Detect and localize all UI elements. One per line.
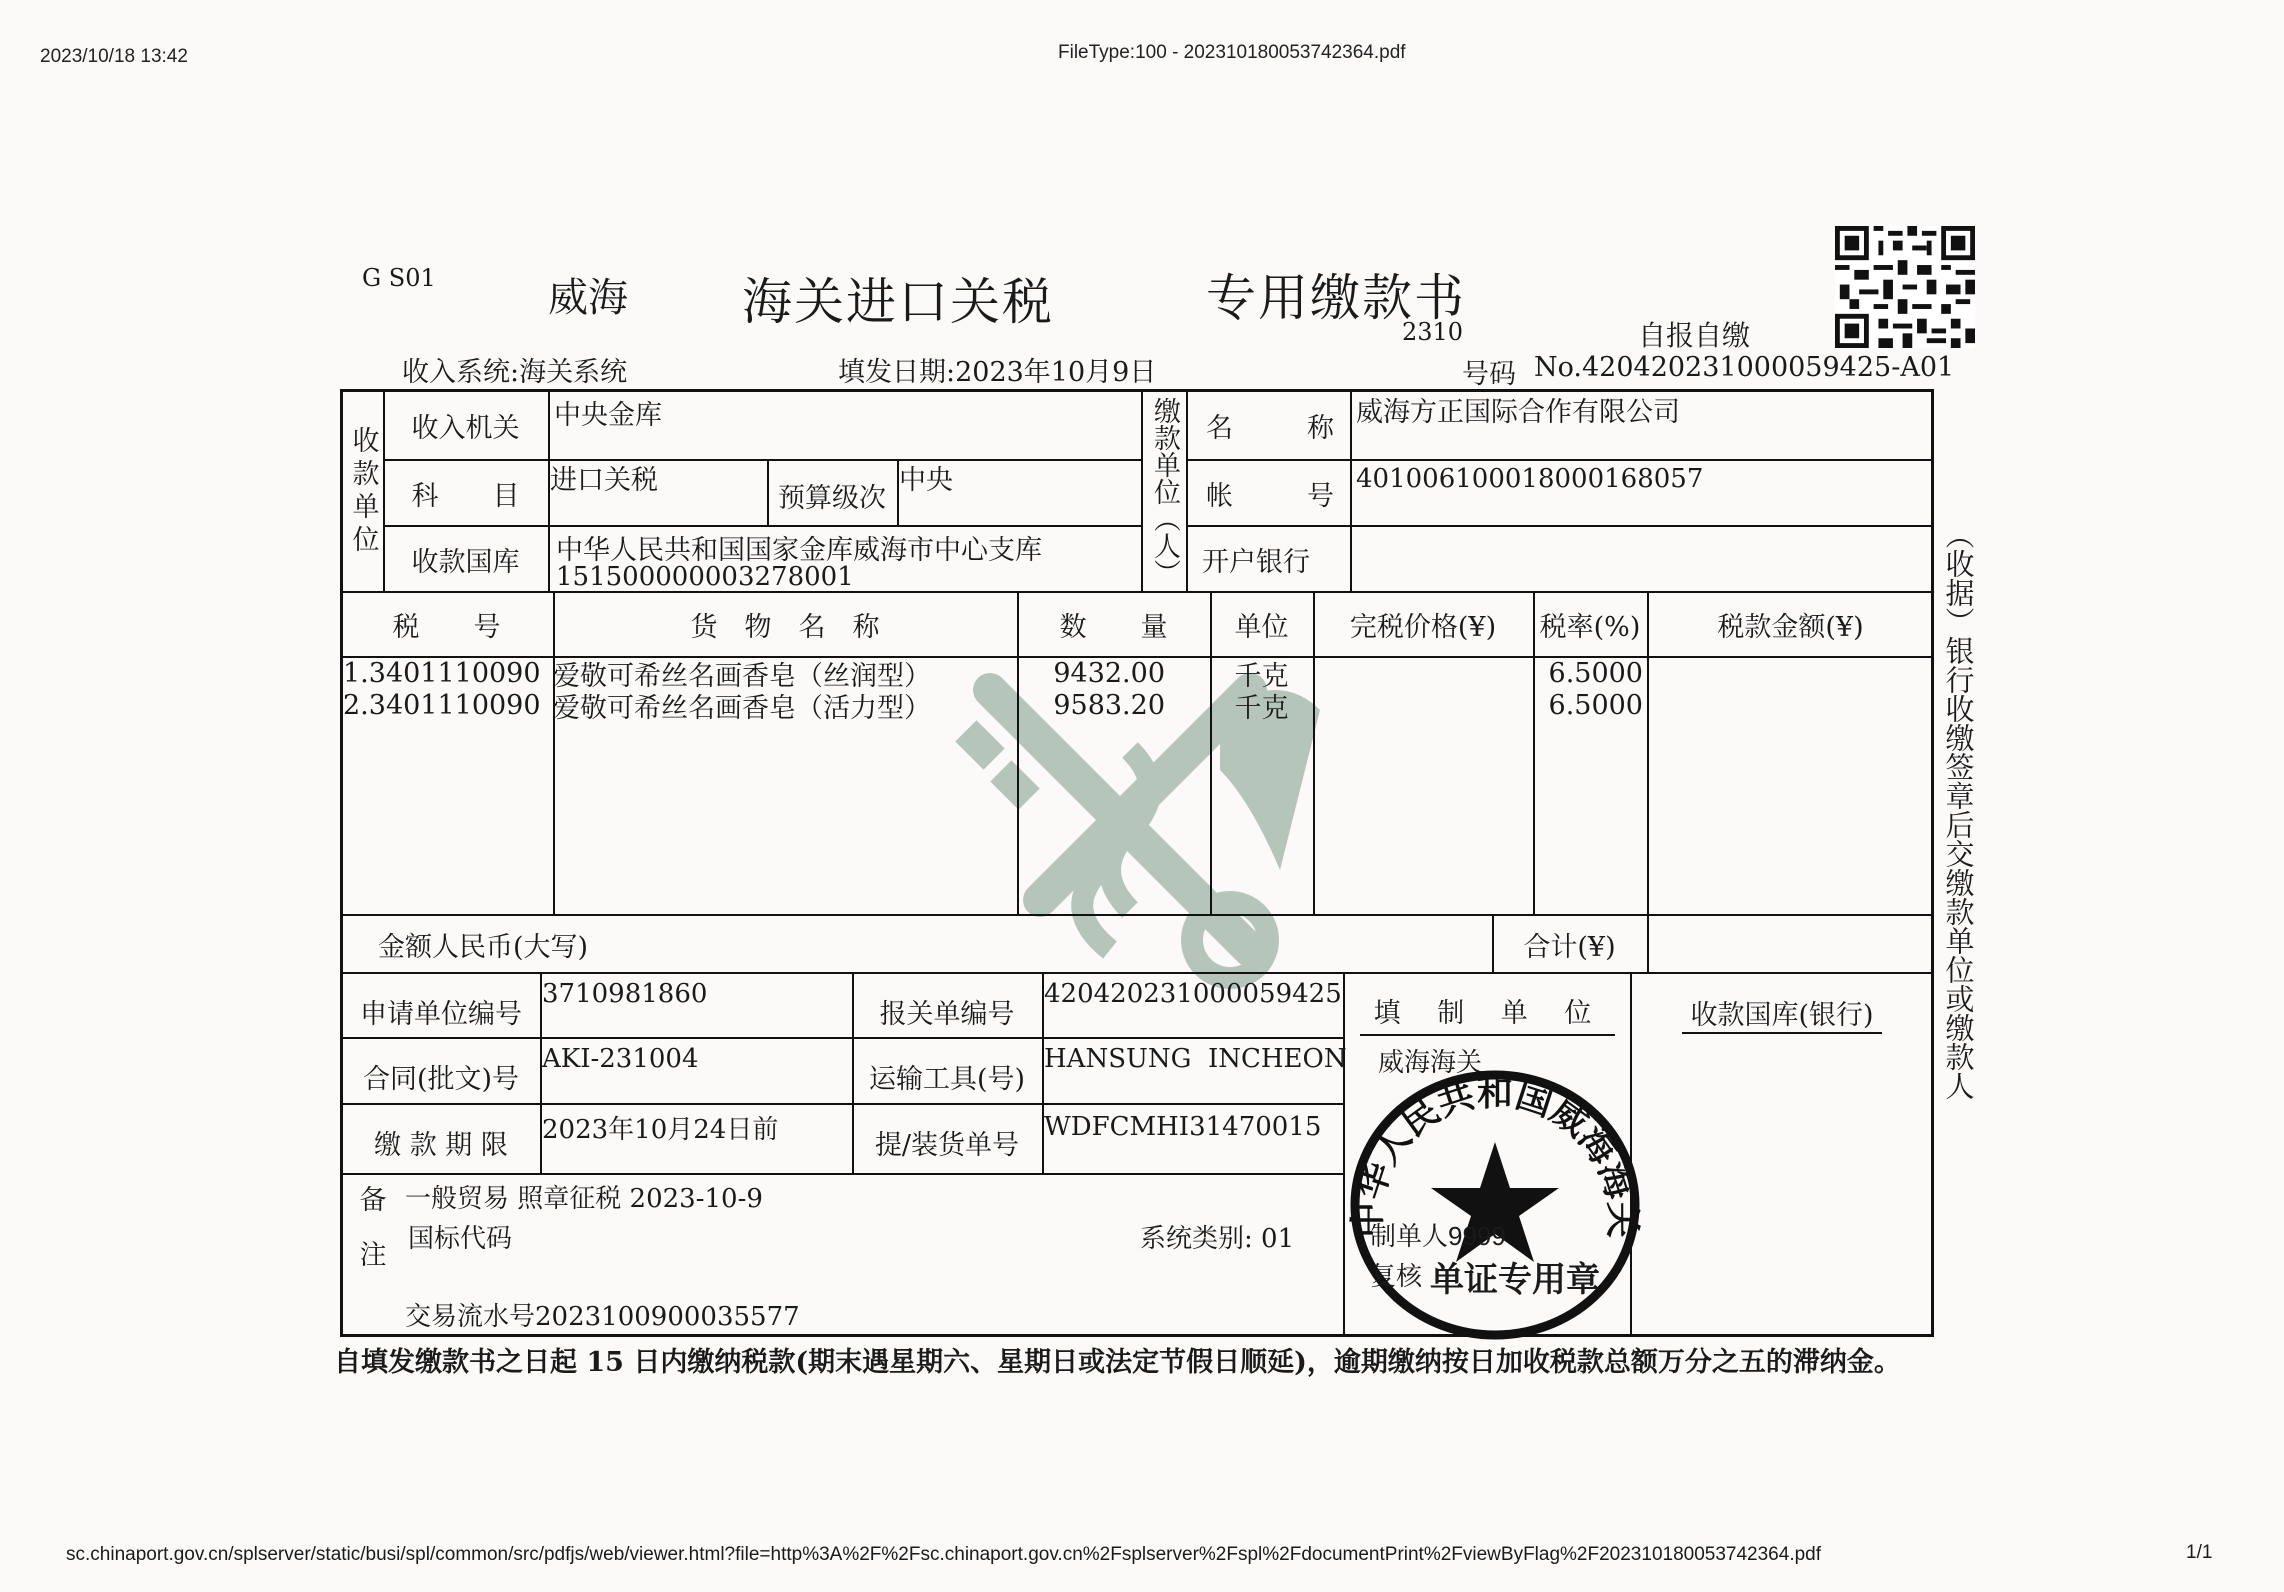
goods-quantity: 9432.00 [1017,656,1165,690]
page-indicator: 1/1 [2186,1542,2212,1564]
number-label: 号码 [1462,352,1516,391]
deadline-label: 缴 款 期 限 [342,1112,540,1173]
remarks-line-3: 交易流水号2023100900035577 [405,1296,1005,1332]
payer-label-right: 号 [1307,474,1334,513]
payee-treasury: 中华人民共和国国家金库威海市中心支库 [556,530,1136,564]
filler-unit-label: 填 制 单 位 [1360,991,1616,1036]
amount-words-label: 金额人民币(大写) [378,916,778,972]
bill-of-lading-label: 提/装货单号 [852,1112,1042,1173]
side-note: （收据）银行收缴签章后交缴款单位或缴款人 [1938,520,1979,1100]
seal-center-text: 单证专用章 [1430,1252,1600,1301]
payer-bank-value [1356,527,1926,591]
goods-header-tax-amount: 税款金额(¥) [1647,593,1934,656]
applicant-code-label: 申请单位编号 [342,985,540,1037]
payer-account: 40100610001800016805​7 [1356,461,1926,497]
form-city: 威海 [548,266,628,323]
print-datetime: 2023/10/18 13:42 [40,46,188,68]
form-title-main: 海关进口关税 [742,262,1054,334]
number-value: No.420420231000059425-A01 [1534,352,1954,383]
budget-level-value: 中央 [899,459,1139,495]
payer-name: 威海方正国际合作有限公司 [1356,392,1926,426]
serial-small: 2310 [1402,318,1463,346]
payee-row-label: 收款国库 [383,527,548,591]
remarks-line-1: 一般贸易 照章征税 2023-10-9 [405,1178,1005,1214]
qr-code-icon [1835,226,1975,348]
goods-name: 爱敬可希丝名画香皂（活力型） [553,688,1017,722]
preparer: 制单人9999 [1370,1216,1506,1253]
goods-header-rate: 税率(%) [1533,593,1647,656]
self-declare-label: 自报自缴 [1638,314,1750,354]
payer-label-left: 名 [1206,406,1233,445]
payer-label-right: 称 [1307,406,1334,445]
goods-dutiable-value [1313,656,1533,690]
goods-tariff-no: 1.3401110090 [343,656,553,690]
contract-no: AKI-231004 [542,1039,850,1079]
payee-row-label: 科 目 [383,461,548,525]
payer-section-label: 缴款单位（人） [1145,397,1184,586]
declaration-no: 420420231000059425 [1044,974,1341,1014]
goods-quantity: 9583.20 [1017,688,1165,722]
payee-income-authority: 中央金库 [554,392,1134,432]
declaration-no-label: 报关单编号 [852,985,1042,1037]
goods-header-quantity: 数 量 [1017,593,1210,656]
payee-section-label: 收款单位 [344,426,383,558]
print-file-label: FileType:100 - 20231018005374236​4.pdf [1058,42,1406,64]
deadline-value: 2023年10月24日前 [542,1105,850,1149]
total-label: 合计(¥) [1492,916,1647,972]
remarks-label: 备注 [351,1185,390,1295]
applicant-code: 3710981860 [542,974,850,1014]
payer-label-left: 帐 [1206,474,1233,513]
transport-value: HANSUNG INCHEON [1044,1039,1341,1079]
budget-level-label: 预算级次 [767,465,897,525]
form-code: G S01 [362,264,436,292]
goods-rate: 6.5000 [1533,688,1643,722]
goods-header-dutiable-value: 完税价格(¥) [1313,593,1533,656]
filler-unit-value: 威海海关 [1378,1042,1578,1078]
footer-note: 自填发缴款书之日起 15 日内缴纳税款(期末遇星期六、星期日或法定节假日顺延)，… [334,1340,1901,1379]
system-category: 系统类别: 01 [1140,1218,1340,1254]
transport-label: 运输工具(号) [852,1050,1042,1103]
contract-label: 合同(批文)号 [342,1050,540,1103]
income-system: 收入系统:海关系统 [402,350,627,389]
issue-date: 填发日期:2023年10月9日 [838,350,1156,389]
goods-rate: 6.5000 [1533,656,1643,690]
payee-treasury-code: 151500000003278001 [556,563,1136,591]
goods-header-name: 货 物 名 称 [553,593,1017,656]
goods-header-tariff-no: 税 号 [340,593,553,656]
goods-unit: 千克 [1210,688,1313,722]
goods-header-unit: 单位 [1210,593,1313,656]
goods-tax-amount [1647,688,1927,722]
print-url[interactable]: sc.chinaport.gov.cn/splserver/static/bus… [66,1544,1821,1566]
total-value [1655,916,1925,972]
treasury-bank-label: 收款国库(银行) [1682,993,1881,1034]
goods-dutiable-value [1313,688,1533,722]
remarks-line-2: 国标代码 [408,1218,708,1254]
payer-bank-label: 开户银行 [1202,527,1350,591]
payee-row-label: 收入机关 [383,392,548,459]
reviewer: 复核 [1370,1256,1422,1293]
bill-of-lading: WDFCMHI31470015 [1044,1105,1341,1149]
goods-tariff-no: 2.3401110090 [343,688,553,722]
payee-subject: 进口关税 [550,459,765,495]
goods-tax-amount [1647,656,1927,690]
amount-words-value [780,916,1480,972]
